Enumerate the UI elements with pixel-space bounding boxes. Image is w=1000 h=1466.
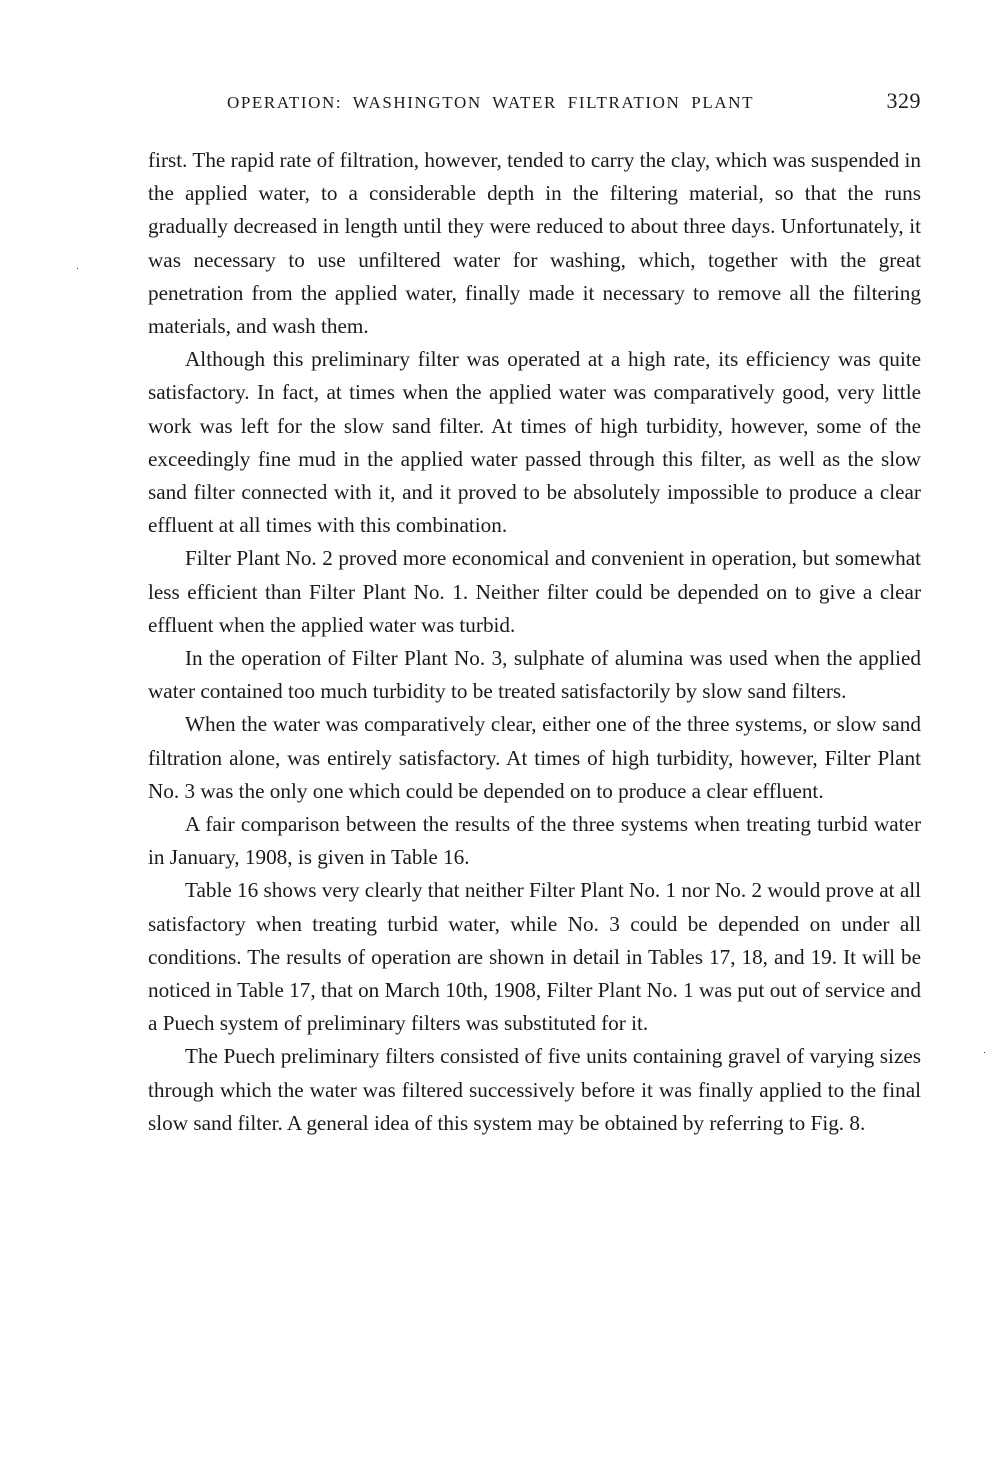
scan-speck	[984, 1052, 985, 1053]
page-number: 329	[887, 88, 922, 114]
paragraph-table-16-results: Table 16 shows very clearly that neither…	[148, 874, 921, 1040]
paragraph-continuation: first. The rapid rate of filtration, how…	[148, 144, 921, 343]
paragraph-filter-plant-3: In the operation of Filter Plant No. 3, …	[148, 642, 921, 708]
paragraph-clear-water-comparison: When the water was comparatively clear, …	[148, 708, 921, 808]
scan-speck	[77, 268, 78, 269]
paragraph-filter-plant-2: Filter Plant No. 2 proved more economica…	[148, 542, 921, 642]
page-header: OPERATION: WASHINGTON WATER FILTRATION P…	[227, 88, 921, 118]
paragraph-puech-filters: The Puech preliminary filters consisted …	[148, 1040, 921, 1140]
running-head: OPERATION: WASHINGTON WATER FILTRATION P…	[227, 93, 754, 113]
body-text: first. The rapid rate of filtration, how…	[148, 144, 921, 1140]
paragraph-preliminary-filter-efficiency: Although this preliminary filter was ope…	[148, 343, 921, 542]
paragraph-table-16-reference: A fair comparison between the results of…	[148, 808, 921, 874]
